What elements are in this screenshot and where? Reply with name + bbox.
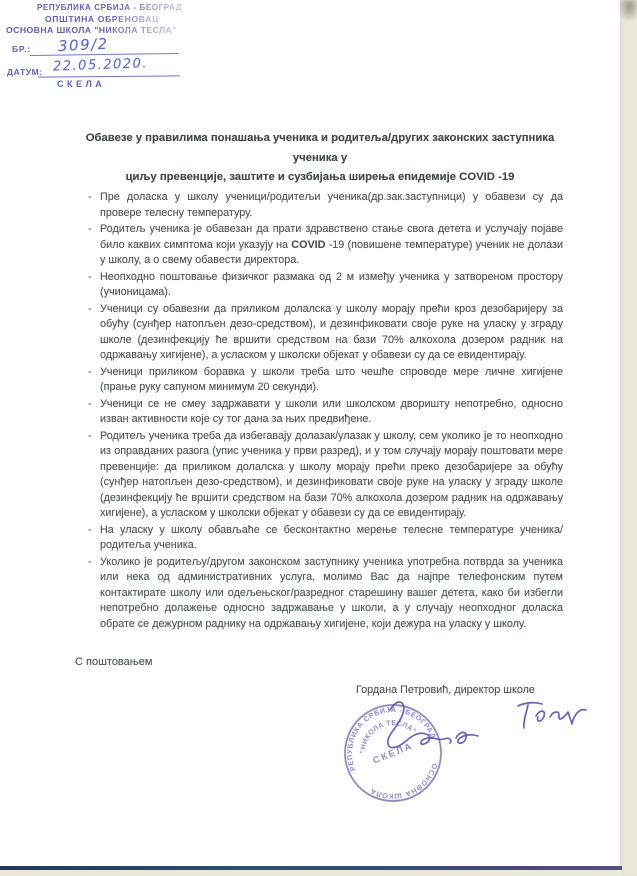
number-label: БР.: [12,44,31,54]
list-item: -Пре доласка у школу ученици/родитељи уч… [88,190,563,221]
bullet-text: Ученици приликом боравка у школи треба ш… [100,365,563,396]
bullet-dash: - [88,222,100,269]
scan-smudge-top-right [618,0,637,22]
list-item: -Ученици се не смеу задржавати у школи и… [88,397,563,428]
bullet-text: Неопходно поштовање физичког размака од … [100,270,563,301]
bullet-dash: - [88,302,100,364]
list-item: -На уласку у школу обављаће се бесконтак… [88,523,563,554]
stamp-ring-bottom-text: ОСНОВНА ШКОЛА [366,760,447,812]
svg-text:ОСНОВНА ШКОЛА: ОСНОВНА ШКОЛА [366,760,447,812]
scanned-document-page: РЕПУБЛИКА СРБИЈА - БЕОГРАД ОПШТИНА ОБРЕН… [0,0,637,876]
date-label: ДАТУМ: [7,67,43,77]
list-item: -Ученици приликом боравка у школи треба … [88,365,563,396]
bullet-text: Ученици се не смеу задржавати у школи ил… [100,397,563,428]
list-item: -Родитељ ученика је обавезан да прати зд… [88,222,563,269]
bullet-dash: - [88,555,100,633]
closing-salutation: С поштовањем [75,656,152,668]
bullet-dash: - [88,429,100,522]
list-item: -Родитељ ученика треба да избегавају дол… [88,429,563,522]
place-label: СКЕЛА [57,79,105,89]
date-handwritten-value: 22.05.2020. [53,56,149,74]
signature-ink-left [388,702,478,748]
bullet-dash: - [88,365,100,396]
bullet-text: На уласку у школу обављаће се бесконтакт… [100,523,563,554]
bullet-list: -Пре доласка у школу ученици/родитељи уч… [88,190,563,633]
list-item: -Ученици су обавезни да приликом долалск… [88,302,563,364]
bullet-text: Пре доласка у школу ученици/родитељи уче… [100,190,563,221]
bullet-dash: - [88,523,100,554]
bullet-text: Ученици су обавезни да приликом долалска… [100,302,563,364]
bullet-text: Родитељ ученика је обавезан да прати здр… [100,222,563,269]
bullet-dash: - [88,190,100,221]
title-line-2: циљу превенције, заштите и сузбијања шир… [70,168,570,188]
bullet-text: Родитељ ученика треба да избегавају дола… [100,429,563,522]
date-underline [38,75,180,77]
list-item: -Уколико је родитељу/другом законском за… [88,555,563,633]
letterhead-school-line: ОСНОВНА ШКОЛА "НИКОЛА ТЕСЛА" [6,25,177,35]
letterhead-republic-line: РЕПУБЛИКА СРБИЈА - БЕОГРАД [37,3,182,12]
bullet-text: Уколико је родитељу/другом законском зас… [100,555,563,633]
bullet-dash: - [88,397,100,428]
signature-ink-right [518,703,586,728]
letterhead-municipality-line: ОПШТИНА ОБРЕНОВАЦ [45,14,159,24]
scan-edge-bottom-strip [0,870,622,876]
number-underline [30,53,178,56]
list-item: -Неопходно поштовање физичког размака од… [88,270,563,301]
scan-edge-right [620,0,637,876]
title-line-1: Обавезе у правилима понашања ученика и р… [70,129,570,168]
document-title: Обавезе у правилима понашања ученика и р… [70,129,570,188]
bullet-dash: - [88,270,100,301]
signature-ink [380,698,595,758]
number-handwritten-value: 309/2 [58,35,110,56]
